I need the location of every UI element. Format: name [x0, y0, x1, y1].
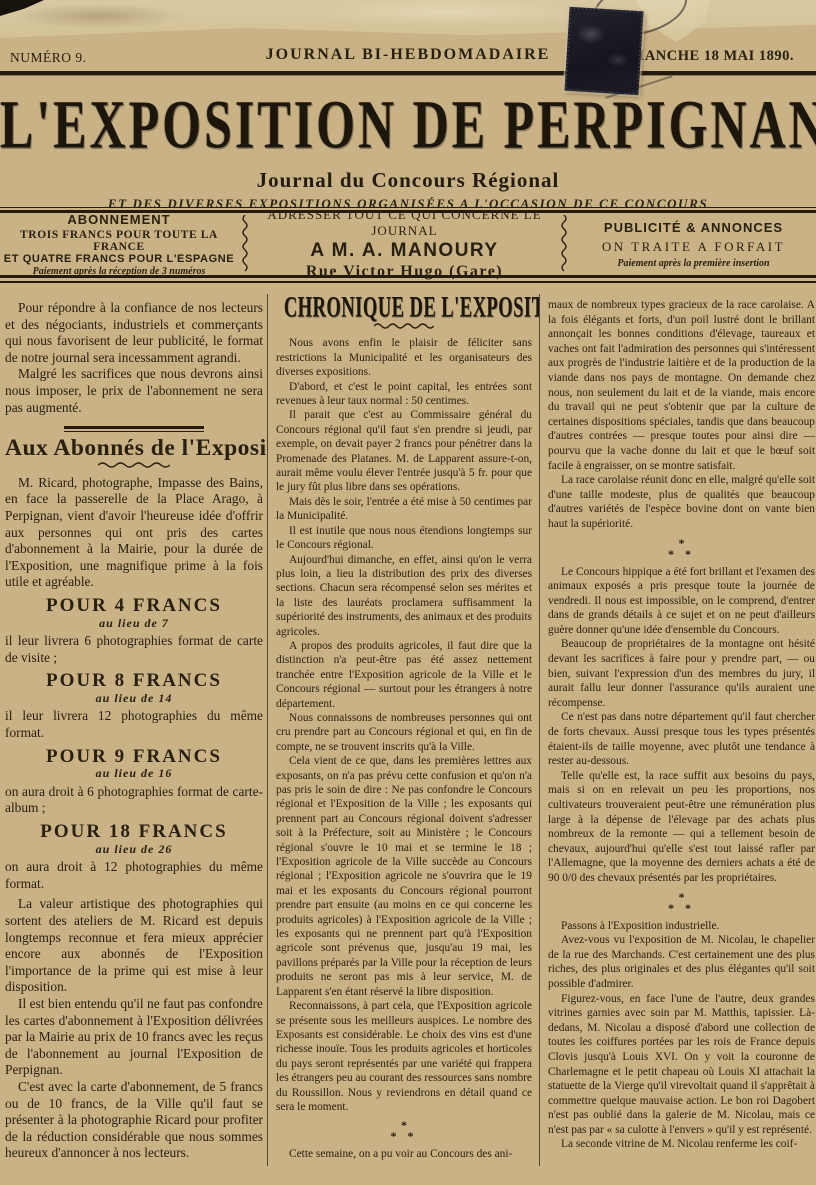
paragraph: Telle qu'elle est, la race suffit aux be… — [548, 769, 815, 886]
wavy-divider-icon — [557, 213, 571, 275]
offer-text: on aura droit à 12 photographies du même… — [5, 859, 263, 892]
postage-stamp-icon — [565, 7, 644, 95]
paragraph: Nous connaissons de nombreuses personnes… — [276, 711, 532, 754]
subscription-note: Paiement après la réception de 3 numéros — [0, 266, 238, 277]
subscription-title: ABONNEMENT — [0, 212, 238, 227]
offer-heading: POUR 18 FRANCS — [5, 824, 263, 841]
address-name: A M. A. MANOURY — [252, 240, 557, 262]
paragraph: Mais dès le soir, l'entrée a été mise à … — [276, 495, 532, 524]
paragraph: Cela vient de ce que, dans les premières… — [276, 754, 532, 999]
price-offer: POUR 4 FRANCS au lieu de 7 il leur livre… — [5, 598, 263, 666]
column-right: maux de nombreux types gracieux de la ra… — [540, 294, 815, 1166]
paragraph: Il est bien entendu qu'il ne faut pas co… — [5, 996, 263, 1079]
paragraph: Cette semaine, on a pu voir au Concours … — [276, 1147, 532, 1161]
column-left: Pour répondre à la confiance de nos lect… — [0, 294, 268, 1166]
dateline: NUMÉRO 9. JOURNAL BI-HEBDOMADAIRE DIMANC… — [0, 46, 816, 70]
header-rule — [0, 71, 816, 75]
subscription-price-spain: ET QUATRE FRANCS POUR L'ESPAGNE — [0, 253, 238, 265]
subscription-box: ABONNEMENT TROIS FRANCS POUR TOUTE LA FR… — [0, 213, 238, 275]
paragraph: Le Concours hippique a été fort brillant… — [548, 565, 815, 638]
article-headline: CHRONIQUE DE L'EXPOSITION — [284, 298, 540, 320]
paragraph: maux de nombreux types gracieux de la ra… — [548, 298, 815, 473]
asterisk-separator: * * * — [548, 892, 815, 914]
paragraph: A propos des produits agricoles, il faut… — [276, 639, 532, 711]
paragraph: La race carolaise réunit donc en elle, m… — [548, 473, 815, 531]
paragraph: Pour répondre à la confiance de nos lect… — [5, 300, 263, 366]
price-offer: POUR 9 FRANCS au lieu de 16 on aura droi… — [5, 749, 263, 817]
paragraph: Il parait que c'est au Commissaire génér… — [276, 408, 532, 494]
advertising-title: PUBLICITÉ & ANNONCES — [571, 220, 816, 235]
paragraph: Passons à l'Exposition industrielle. — [548, 919, 815, 934]
paragraph: Beaucoup de propriétaires de la montagne… — [548, 637, 815, 710]
offer-heading: POUR 4 FRANCS — [5, 598, 263, 615]
offer-subheading: au lieu de 14 — [5, 690, 263, 707]
address-intro: ADRESSER TOUT CE QUI CONCERNE LE JOURNAL — [252, 207, 557, 239]
paragraph: La valeur artistique des photographies q… — [5, 896, 263, 996]
offer-subheading: au lieu de 16 — [5, 765, 263, 782]
paragraph: Figurez-vous, en face l'une de l'autre, … — [548, 992, 815, 1138]
paragraph: Aujourd'hui dimanche, en effet, ainsi qu… — [276, 553, 532, 639]
paragraph: Avez-vous vu l'exposition de M. Nicolau,… — [548, 933, 815, 991]
offer-heading: POUR 8 FRANCS — [5, 673, 263, 690]
paragraph: Ce n'est pas dans notre département qu'i… — [548, 710, 815, 768]
section-rule — [64, 426, 204, 432]
price-offer: POUR 8 FRANCS au lieu de 14 il leur livr… — [5, 673, 263, 741]
offer-subheading: au lieu de 26 — [5, 841, 263, 858]
advertising-box: PUBLICITÉ & ANNONCES ON TRAITE A FORFAIT… — [571, 213, 816, 275]
offer-text: il leur livrera 6 photographies format d… — [5, 633, 263, 666]
asterisk-separator: * * * — [276, 1120, 532, 1142]
address-box: ADRESSER TOUT CE QUI CONCERNE LE JOURNAL… — [252, 213, 557, 275]
column-middle: CHRONIQUE DE L'EXPOSITION Nous avons enf… — [268, 294, 540, 1166]
advertising-terms: ON TRAITE A FORFAIT — [571, 239, 816, 255]
asterisk-separator: * * * — [548, 538, 815, 560]
info-bar: ABONNEMENT TROIS FRANCS POUR TOUTE LA FR… — [0, 207, 816, 283]
squiggle-ornament-icon — [98, 461, 170, 469]
article-headline-wrap: CHRONIQUE DE L'EXPOSITION — [276, 302, 532, 318]
subscription-price-france: TROIS FRANCS POUR TOUTE LA FRANCE — [0, 229, 238, 253]
page-title: L'EXPOSITION DE PERPIGNAN — [0, 84, 816, 164]
advertising-note: Paiement après la première insertion — [571, 258, 816, 269]
paragraph: D'abord, et c'est le point capital, les … — [276, 380, 532, 409]
paragraph: Il est inutile que nous nous étendions l… — [276, 524, 532, 553]
offer-text: il leur livrera 12 photographies du même… — [5, 708, 263, 741]
offer-heading: POUR 9 FRANCS — [5, 749, 263, 766]
offer-subheading: au lieu de 7 — [5, 615, 263, 632]
paragraph: La seconde vitrine de M. Nicolau renferm… — [548, 1137, 815, 1152]
masthead: L'EXPOSITION DE PERPIGNAN Journal du Con… — [0, 84, 816, 212]
offer-text: on aura droit à 6 photographies format d… — [5, 784, 263, 817]
paragraph: Reconnaissons, à part cela, que l'Exposi… — [276, 999, 532, 1114]
wavy-divider-icon — [238, 213, 252, 275]
paragraph: M. Ricard, photographe, Impasse des Bain… — [5, 475, 263, 591]
paragraph: Nous avons enfin le plaisir de féliciter… — [276, 336, 532, 379]
paragraph: C'est avec la carte d'abonnement, de 5 f… — [5, 1079, 263, 1162]
address-street: Rue Victor Hugo (Gare) — [252, 263, 557, 281]
article-columns: Pour répondre à la confiance de nos lect… — [0, 294, 816, 1166]
section-heading: Aux Abonnés de l'Exposition — [5, 440, 263, 457]
price-offer: POUR 18 FRANCS au lieu de 26 on aura dro… — [5, 824, 263, 892]
paragraph: Malgré les sacrifices que nous devrons a… — [5, 366, 263, 416]
masthead-subtitle: Journal du Concours Régional — [0, 168, 816, 193]
